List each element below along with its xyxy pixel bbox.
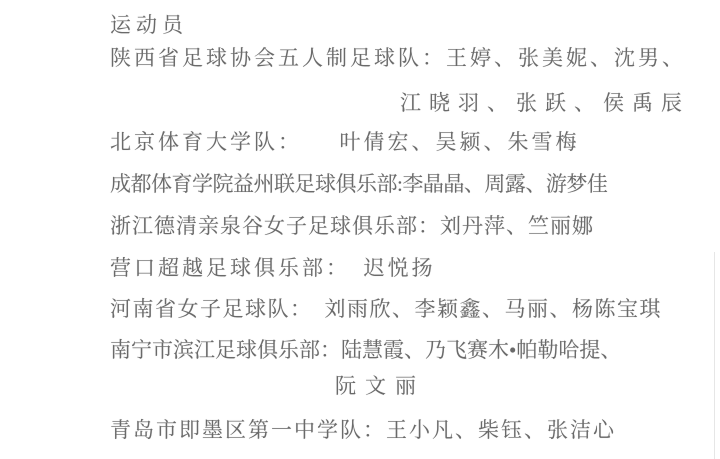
roster-line-henan-womens-team: 河南省女子足球队： 刘雨欣、李颖鑫、马丽、杨陈宝琪: [110, 299, 662, 320]
roster-line-chengdu-yizhoulian-club: 成都体育学院益州联足球俱乐部:李晶晶、周露、游梦佳: [110, 174, 607, 195]
section-heading-athletes: 运动员: [110, 15, 188, 36]
scanned-document-page: 运动员 陕西省足球协会五人制足球队：王婷、张美妮、沈男、 江晓羽、张跃、侯禹辰 …: [0, 0, 720, 459]
roster-line-qingdao-jimo-school: 青岛市即墨区第一中学队：王小凡、柴钰、张洁心: [110, 420, 616, 441]
roster-line-beijing-sport-university: 北京体育大学队： 叶倩宏、吴颍、朱雪梅: [110, 132, 580, 153]
roster-line-zhejiang-deqing-club: 浙江德清亲泉谷女子足球俱乐部：刘丹萍、竺丽娜: [110, 216, 594, 237]
roster-line-shaanxi-continuation: 江晓羽、张跃、侯禹辰: [400, 93, 690, 114]
roster-line-nanning-continuation: 阮文丽: [335, 376, 425, 397]
roster-line-yingkou-chaoyue-club: 营口超越足球俱乐部： 迟悦扬: [110, 258, 436, 279]
roster-line-nanning-binjiang-club: 南宁市滨江足球俱乐部：陆慧霞、乃飞赛木•帕勒哈提、: [110, 340, 621, 361]
scan-artifact-edge-line: [714, 252, 715, 459]
roster-line-shaanxi-futsal-team: 陕西省足球协会五人制足球队：王婷、张美妮、沈男、: [110, 48, 686, 69]
